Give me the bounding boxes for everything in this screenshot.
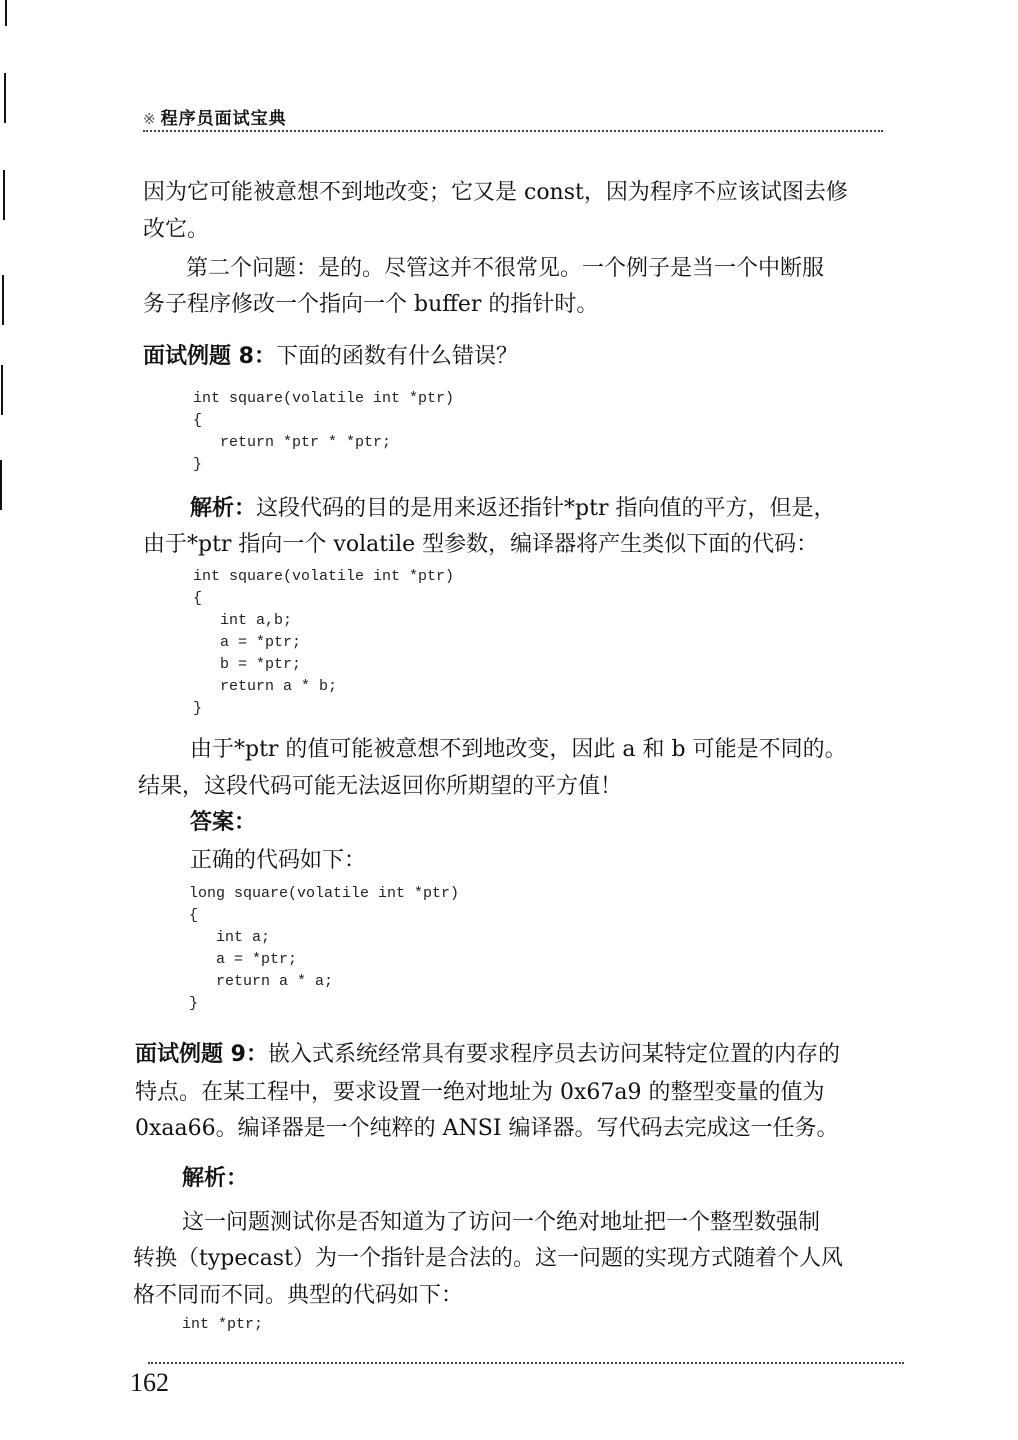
question-9-heading: 面试例题 9：嵌入式系统经常具有要求程序员去访问某特定位置的内存的: [135, 1036, 840, 1073]
book-title: 程序员面试宝典: [161, 109, 287, 129]
footer-rule: [148, 1362, 904, 1364]
analysis-line: 格不同而不同。典型的代码如下：: [133, 1277, 463, 1314]
question-line: 0xaa66。编译器是一个纯粹的 ANSI 编译器。写代码去完成这一任务。: [135, 1110, 839, 1147]
scan-margin-mark: [0, 460, 2, 510]
header-rule: [143, 130, 883, 132]
scan-margin-mark: [5, 0, 7, 26]
answer-intro: 正确的代码如下：: [190, 842, 366, 879]
analysis-line: 由于*ptr 指向一个 volatile 型参数，编译器将产生类似下面的代码：: [143, 526, 818, 563]
book-emblem-icon: ※: [143, 110, 157, 128]
paragraph-line: 因为它可能被意想不到地改变；它又是 const，因为程序不应该试图去修: [143, 174, 848, 211]
analysis-line: 转换（typecast）为一个指针是合法的。这一问题的实现方式随着个人风: [133, 1240, 843, 1277]
question-line: 特点。在某工程中，要求设置一绝对地址为 0x67a9 的整型变量的值为: [135, 1074, 825, 1111]
question-text: 下面的函数有什么错误？: [276, 344, 518, 369]
result-line: 由于*ptr 的值可能被意想不到地改变，因此 a 和 b 可能是不同的。: [190, 731, 847, 768]
running-header: ※程序员面试宝典: [143, 104, 287, 129]
paragraph-line: 第二个问题：是的。尽管这并不很常见。一个例子是当一个中断服: [186, 250, 824, 287]
question-label: 面试例题 9：: [135, 1042, 268, 1067]
analysis-line: 解析：这段代码的目的是用来返还指针*ptr 指向值的平方，但是，: [190, 490, 835, 527]
paragraph-line: 改它。: [143, 211, 209, 248]
page-number: 162: [130, 1368, 169, 1398]
scan-margin-mark: [3, 170, 5, 220]
scan-margin-mark: [4, 73, 6, 123]
analysis-label: 解析：: [182, 1160, 248, 1197]
code-block-2: int square(volatile int *ptr){ int a,b; …: [193, 566, 454, 720]
paragraph-line: 务子程序修改一个指向一个 buffer 的指针时。: [143, 286, 598, 323]
answer-label: 答案：: [190, 804, 256, 841]
code-block-4: int *ptr;: [182, 1314, 263, 1336]
analysis-line: 这一问题测试你是否知道为了访问一个绝对地址把一个整型数强制: [182, 1204, 820, 1241]
code-block-3: long square(volatile int *ptr){ int a; a…: [189, 883, 459, 1015]
scan-margin-mark: [1, 365, 3, 415]
analysis-label: 解析：: [190, 496, 256, 521]
question-label: 面试例题 8：: [143, 344, 276, 369]
code-block-1: int square(volatile int *ptr){ return *p…: [193, 388, 454, 476]
scan-margin-mark: [2, 275, 4, 325]
result-line: 结果，这段代码可能无法返回你所期望的平方值！: [138, 768, 622, 805]
question-8-heading: 面试例题 8：下面的函数有什么错误？: [143, 338, 518, 375]
